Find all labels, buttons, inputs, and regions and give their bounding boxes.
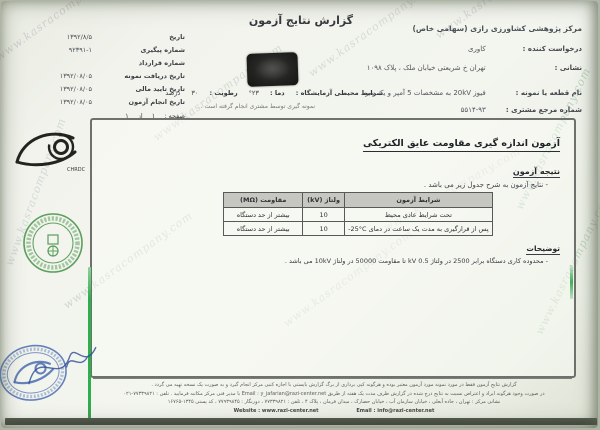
field-customer-ref: شماره مرجع مشتری : ۵۵۱۴-۹۳ — [461, 106, 582, 114]
env-heading: شرایط محیطی آزمایشگاه : — [296, 89, 383, 97]
field-label: نام قطعه یا نمونه : — [496, 89, 582, 97]
field-label: شماره قرارداد — [104, 59, 185, 67]
cell-condition: تحت شرایط عادی محیط — [344, 208, 492, 222]
field-sample-receipt-date: تاریخ دریافت نمونه ۱۳۹۲/۰۸/۰۵ — [13, 69, 185, 82]
lab-environment-line: شرایط محیطی آزمایشگاه : دما : ۲۳° رطوبت … — [147, 89, 383, 97]
field-label: تاریخ — [104, 33, 185, 41]
table-row: پس از قرارگیری به مدت یک ساعت در دمای ‎-… — [224, 222, 493, 236]
cell-voltage: 10 — [303, 222, 344, 236]
footer-line: در صورت وجود هرگونه ایراد و اعتراض نسبت … — [96, 390, 572, 399]
notes-line: - محدوده کاری دستگاه برابر 2500 در ولتاژ… — [285, 257, 548, 265]
table-row: تحت شرایط عادی محیط 10 بیشتر از حد دستگا… — [224, 208, 493, 222]
field-contract-number: شماره قرارداد — [13, 56, 185, 69]
temperature-value: ۲۳° — [249, 89, 259, 97]
watermark-text: www.kasracompany.com — [433, 0, 567, 42]
humidity-value: ۳۰ — [191, 89, 198, 97]
field-value: کاوری — [468, 45, 486, 53]
field-value: تهران خ شریعتی خیابان ملک ، پلاک ۱۰۹۸ — [367, 64, 486, 72]
column-header-voltage: ولتاژ (kV) — [303, 193, 344, 208]
field-label: تاریخ دریافت نمونه — [104, 72, 185, 80]
footer-line: گزارش نتایج آزمون فقط در مورد نمونه مورد… — [96, 381, 572, 390]
results-table: شرایط آزمون ولتاژ (kV) مقاومت (MΩ) تحت ش… — [223, 192, 493, 236]
green-seal-stamp — [21, 211, 85, 275]
scanned-report-page: www.kasracompany.com www.kasracompany.co… — [1, 1, 598, 428]
black-ink-stamp — [246, 52, 298, 87]
footer-text-block: گزارش نتایج آزمون فقط در مورد نمونه مورد… — [96, 381, 572, 415]
field-label: شماره پیگیری — [104, 46, 185, 54]
logo-caption: CHRDC — [67, 167, 86, 173]
results-box: آزمون اندازه گیری مقاومت عایق الکتریکی ن… — [90, 118, 576, 378]
razi-ink-logo: CHRDC — [11, 126, 89, 178]
column-header-conditions: شرایط آزمون — [344, 193, 492, 208]
field-sample-name: نام قطعه یا نمونه : فیوز 20kV به مشخصات … — [365, 89, 582, 97]
test-title: آزمون اندازه گیری مقاومت عایق الکتریکی — [363, 138, 560, 152]
field-value: ۱۳۹۲/۸/۵ — [13, 33, 104, 41]
footer-line: نشانی مرکز : تهران ، جاده آبعلی ، خیابان… — [96, 398, 572, 407]
humidity-label: رطوبت : — [209, 89, 237, 97]
scan-bottom-bar — [5, 418, 597, 425]
field-label: شماره مرجع مشتری : — [496, 106, 582, 114]
field-value: فیوز 20kV به مشخصات 5 آمپر و یک سر — [365, 89, 485, 97]
result-note: - نتایج آزمون به شرح جدول زیر می باشد . — [424, 181, 548, 189]
column-header-resistance: مقاومت (MΩ) — [224, 193, 303, 208]
cell-voltage: 10 — [303, 208, 344, 222]
footer-divider — [93, 378, 572, 379]
result-heading: نتیجه آزمون — [513, 167, 560, 178]
cell-resistance: بیشتر از حد دستگاه — [224, 222, 303, 236]
footer-contact-line: Website : www.razi-center.net Email : in… — [96, 407, 572, 416]
field-value: ۱۳۹۲/۰۸/۰۵ — [13, 98, 104, 106]
humidity-unit: درصد — [165, 89, 180, 97]
field-date: تاریخ ۱۳۹۲/۸/۵ — [13, 30, 185, 43]
field-label: نشانی : — [496, 64, 582, 72]
cell-condition: پس از قرارگیری به مدت یک ساعت در دمای ‎-… — [344, 222, 492, 236]
field-value: ۹۲۳۹۱-۱ — [13, 46, 104, 54]
field-address: نشانی : تهران خ شریعتی خیابان ملک ، پلاک… — [367, 64, 582, 72]
field-requester: درخواست کننده : کاوری — [468, 45, 582, 53]
table-header-row: شرایط آزمون ولتاژ (kV) مقاومت (MΩ) — [224, 193, 493, 208]
sampling-note: نمونه گیری توسط مشتری انجام گرفته است . — [147, 103, 315, 110]
cell-resistance: بیشتر از حد دستگاه — [224, 208, 303, 222]
field-value: ۱۳۹۲/۰۸/۰۵ — [13, 72, 104, 80]
field-label: درخواست کننده : — [496, 45, 582, 53]
notes-heading: توضیحات — [526, 244, 560, 255]
footer-email: Email : info@razi-center.net — [356, 408, 434, 414]
field-tracking-number: شماره پیگیری ۹۲۳۹۱-۱ — [13, 43, 185, 56]
field-value: ۱۳۹۲/۰۸/۰۵ — [13, 85, 104, 93]
organization-name: مرکز پژوهشی کشاورزی رازی (سهامی خاص) — [352, 24, 582, 33]
field-value: ۵۵۱۴-۹۳ — [461, 106, 486, 114]
green-scan-line-right — [570, 265, 573, 299]
temperature-label: دما : — [270, 89, 285, 97]
footer-website: Website : www.razi-center.net — [234, 408, 319, 414]
